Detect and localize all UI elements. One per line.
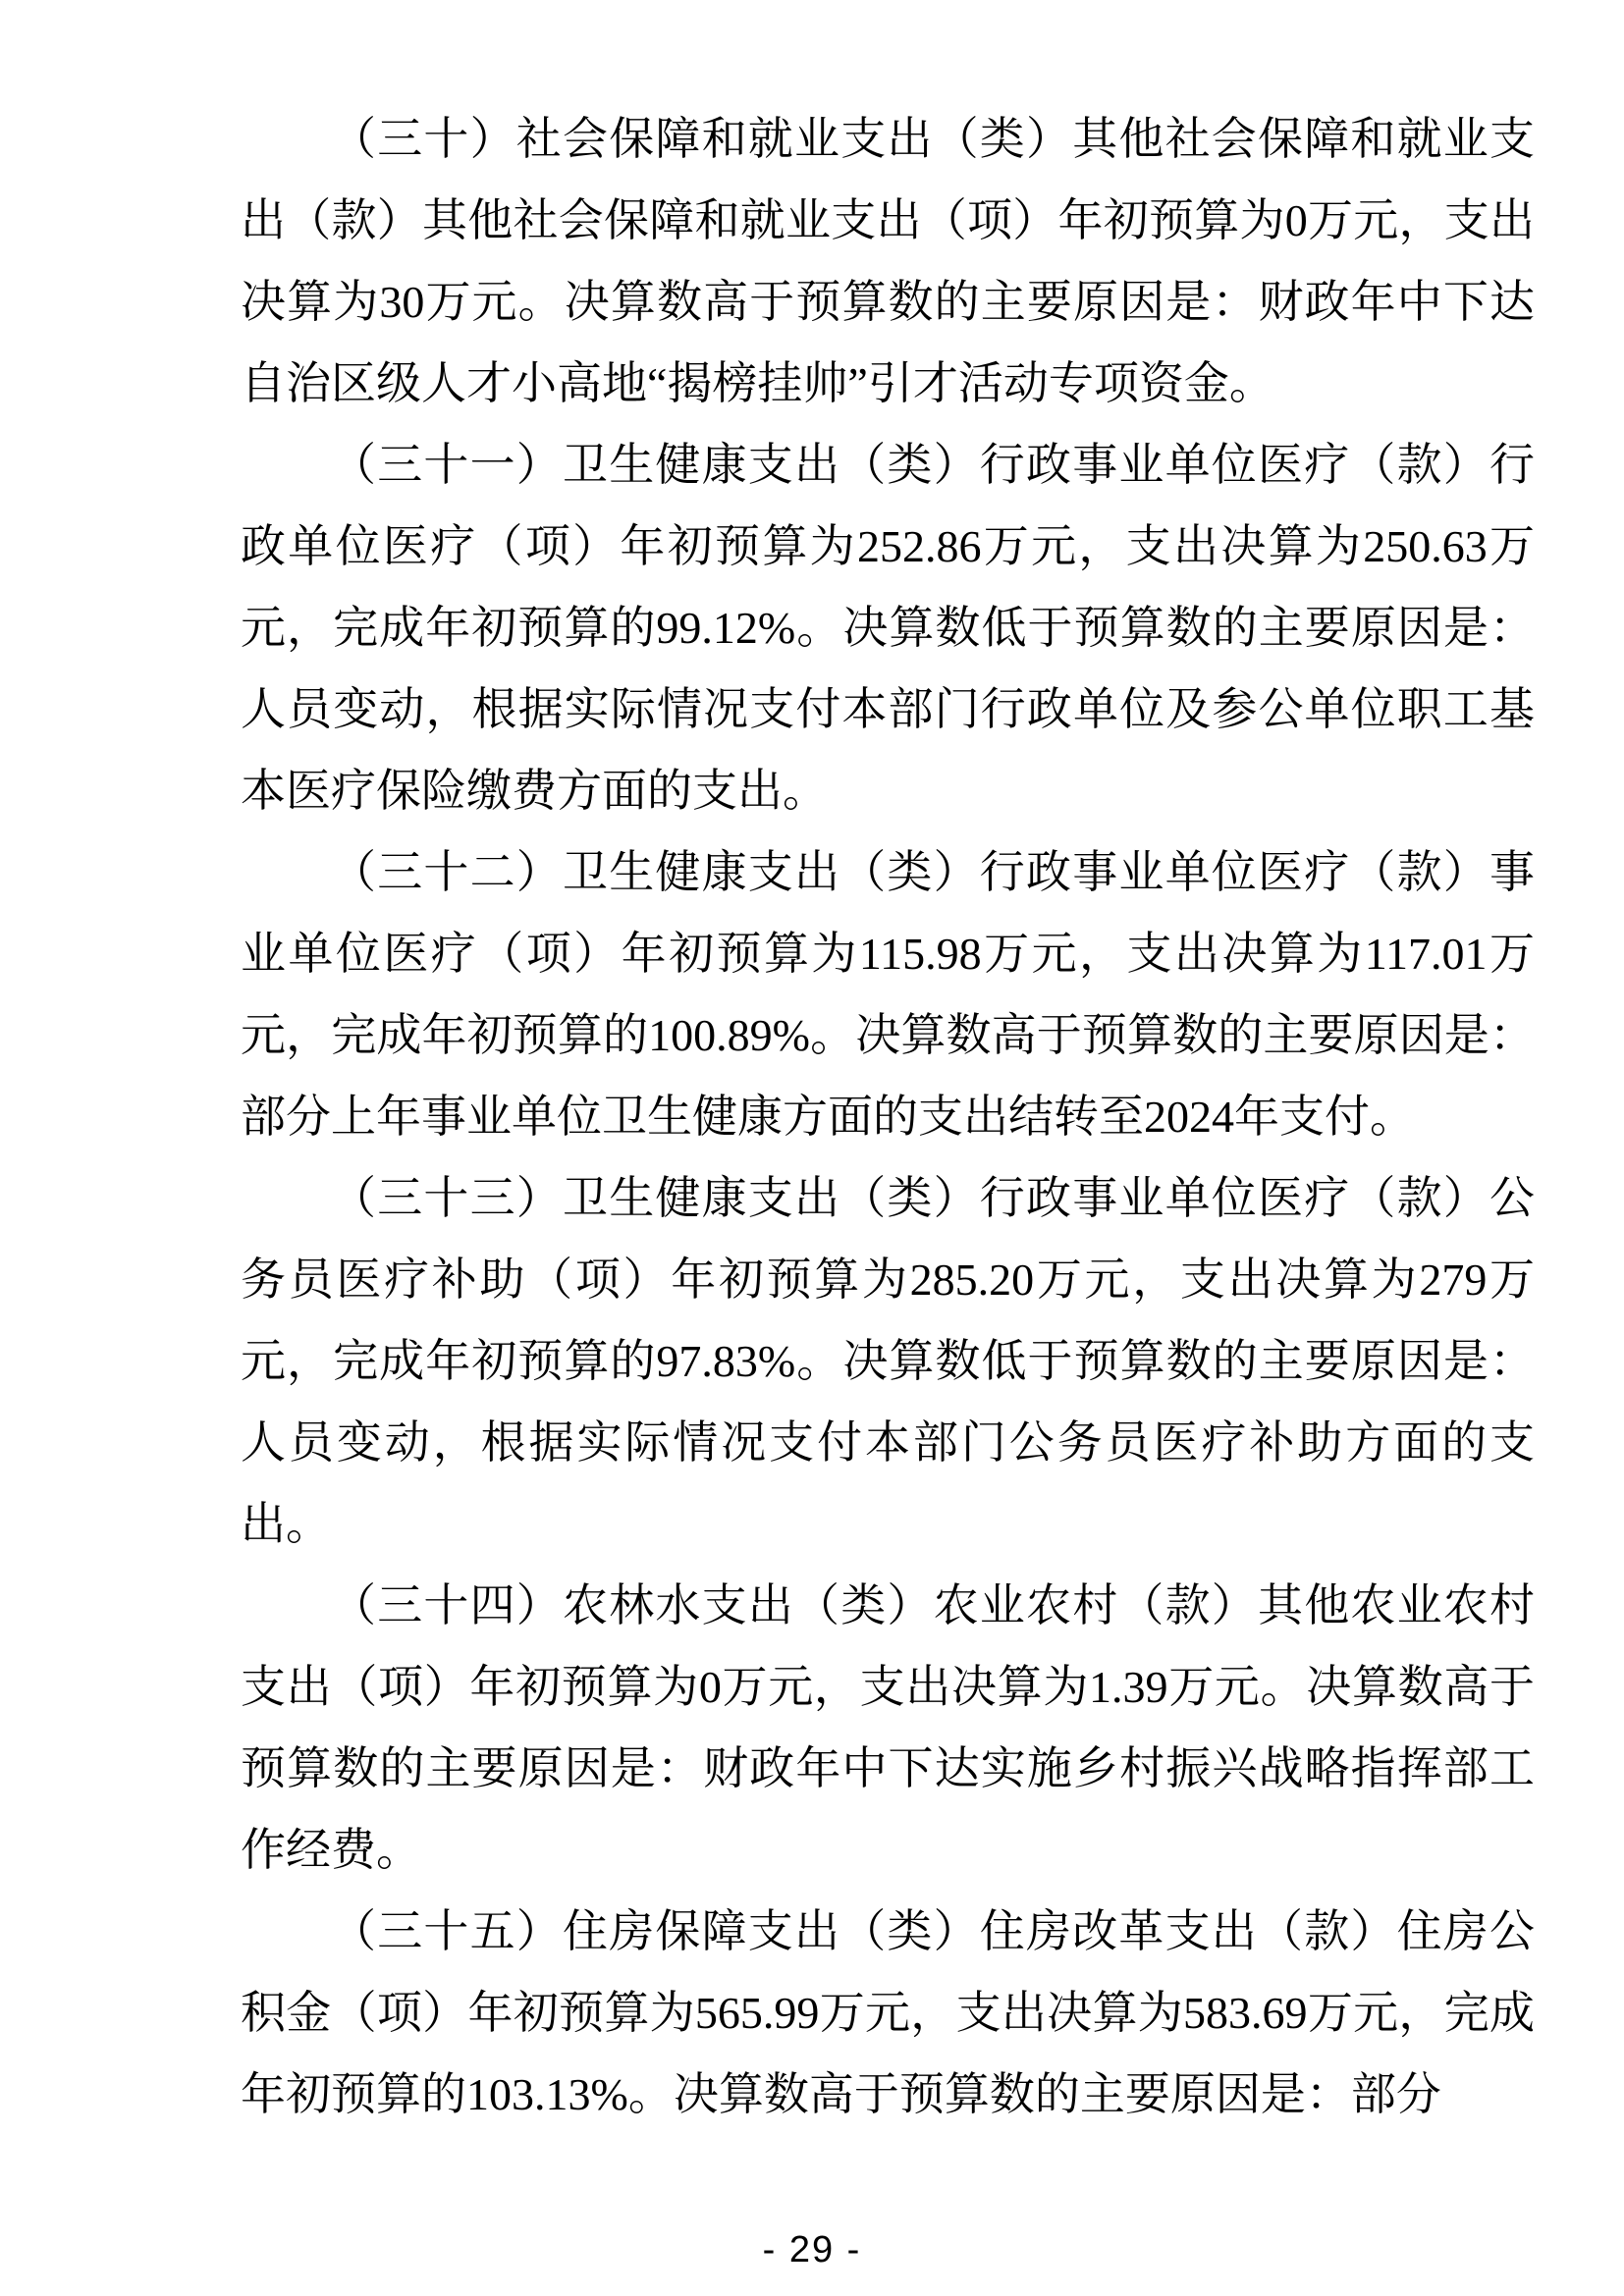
page-footer: - 29 - — [0, 2226, 1624, 2273]
paragraph-item-35: （三十五）住房保障支出（类）住房改革支出（款）住房公积金（项）年初预算为565.… — [241, 1891, 1535, 2135]
document-page: （三十）社会保障和就业支出（类）其他社会保障和就业支出（款）其他社会保障和就业支… — [0, 0, 1624, 2296]
paragraph-item-32: （三十二）卫生健康支出（类）行政事业单位医疗（款）事业单位医疗（项）年初预算为1… — [241, 831, 1535, 1157]
paragraph-item-34: （三十四）农林水支出（类）农业农村（款）其他农业农村支出（项）年初预算为0万元，… — [241, 1565, 1535, 1891]
document-body: （三十）社会保障和就业支出（类）其他社会保障和就业支出（款）其他社会保障和就业支… — [241, 98, 1535, 2135]
paragraph-item-30: （三十）社会保障和就业支出（类）其他社会保障和就业支出（款）其他社会保障和就业支… — [241, 98, 1535, 424]
page-number: - 29 - — [763, 2229, 862, 2270]
paragraph-item-31: （三十一）卫生健康支出（类）行政事业单位医疗（款）行政单位医疗（项）年初预算为2… — [241, 424, 1535, 831]
paragraph-item-33: （三十三）卫生健康支出（类）行政事业单位医疗（款）公务员医疗补助（项）年初预算为… — [241, 1157, 1535, 1565]
